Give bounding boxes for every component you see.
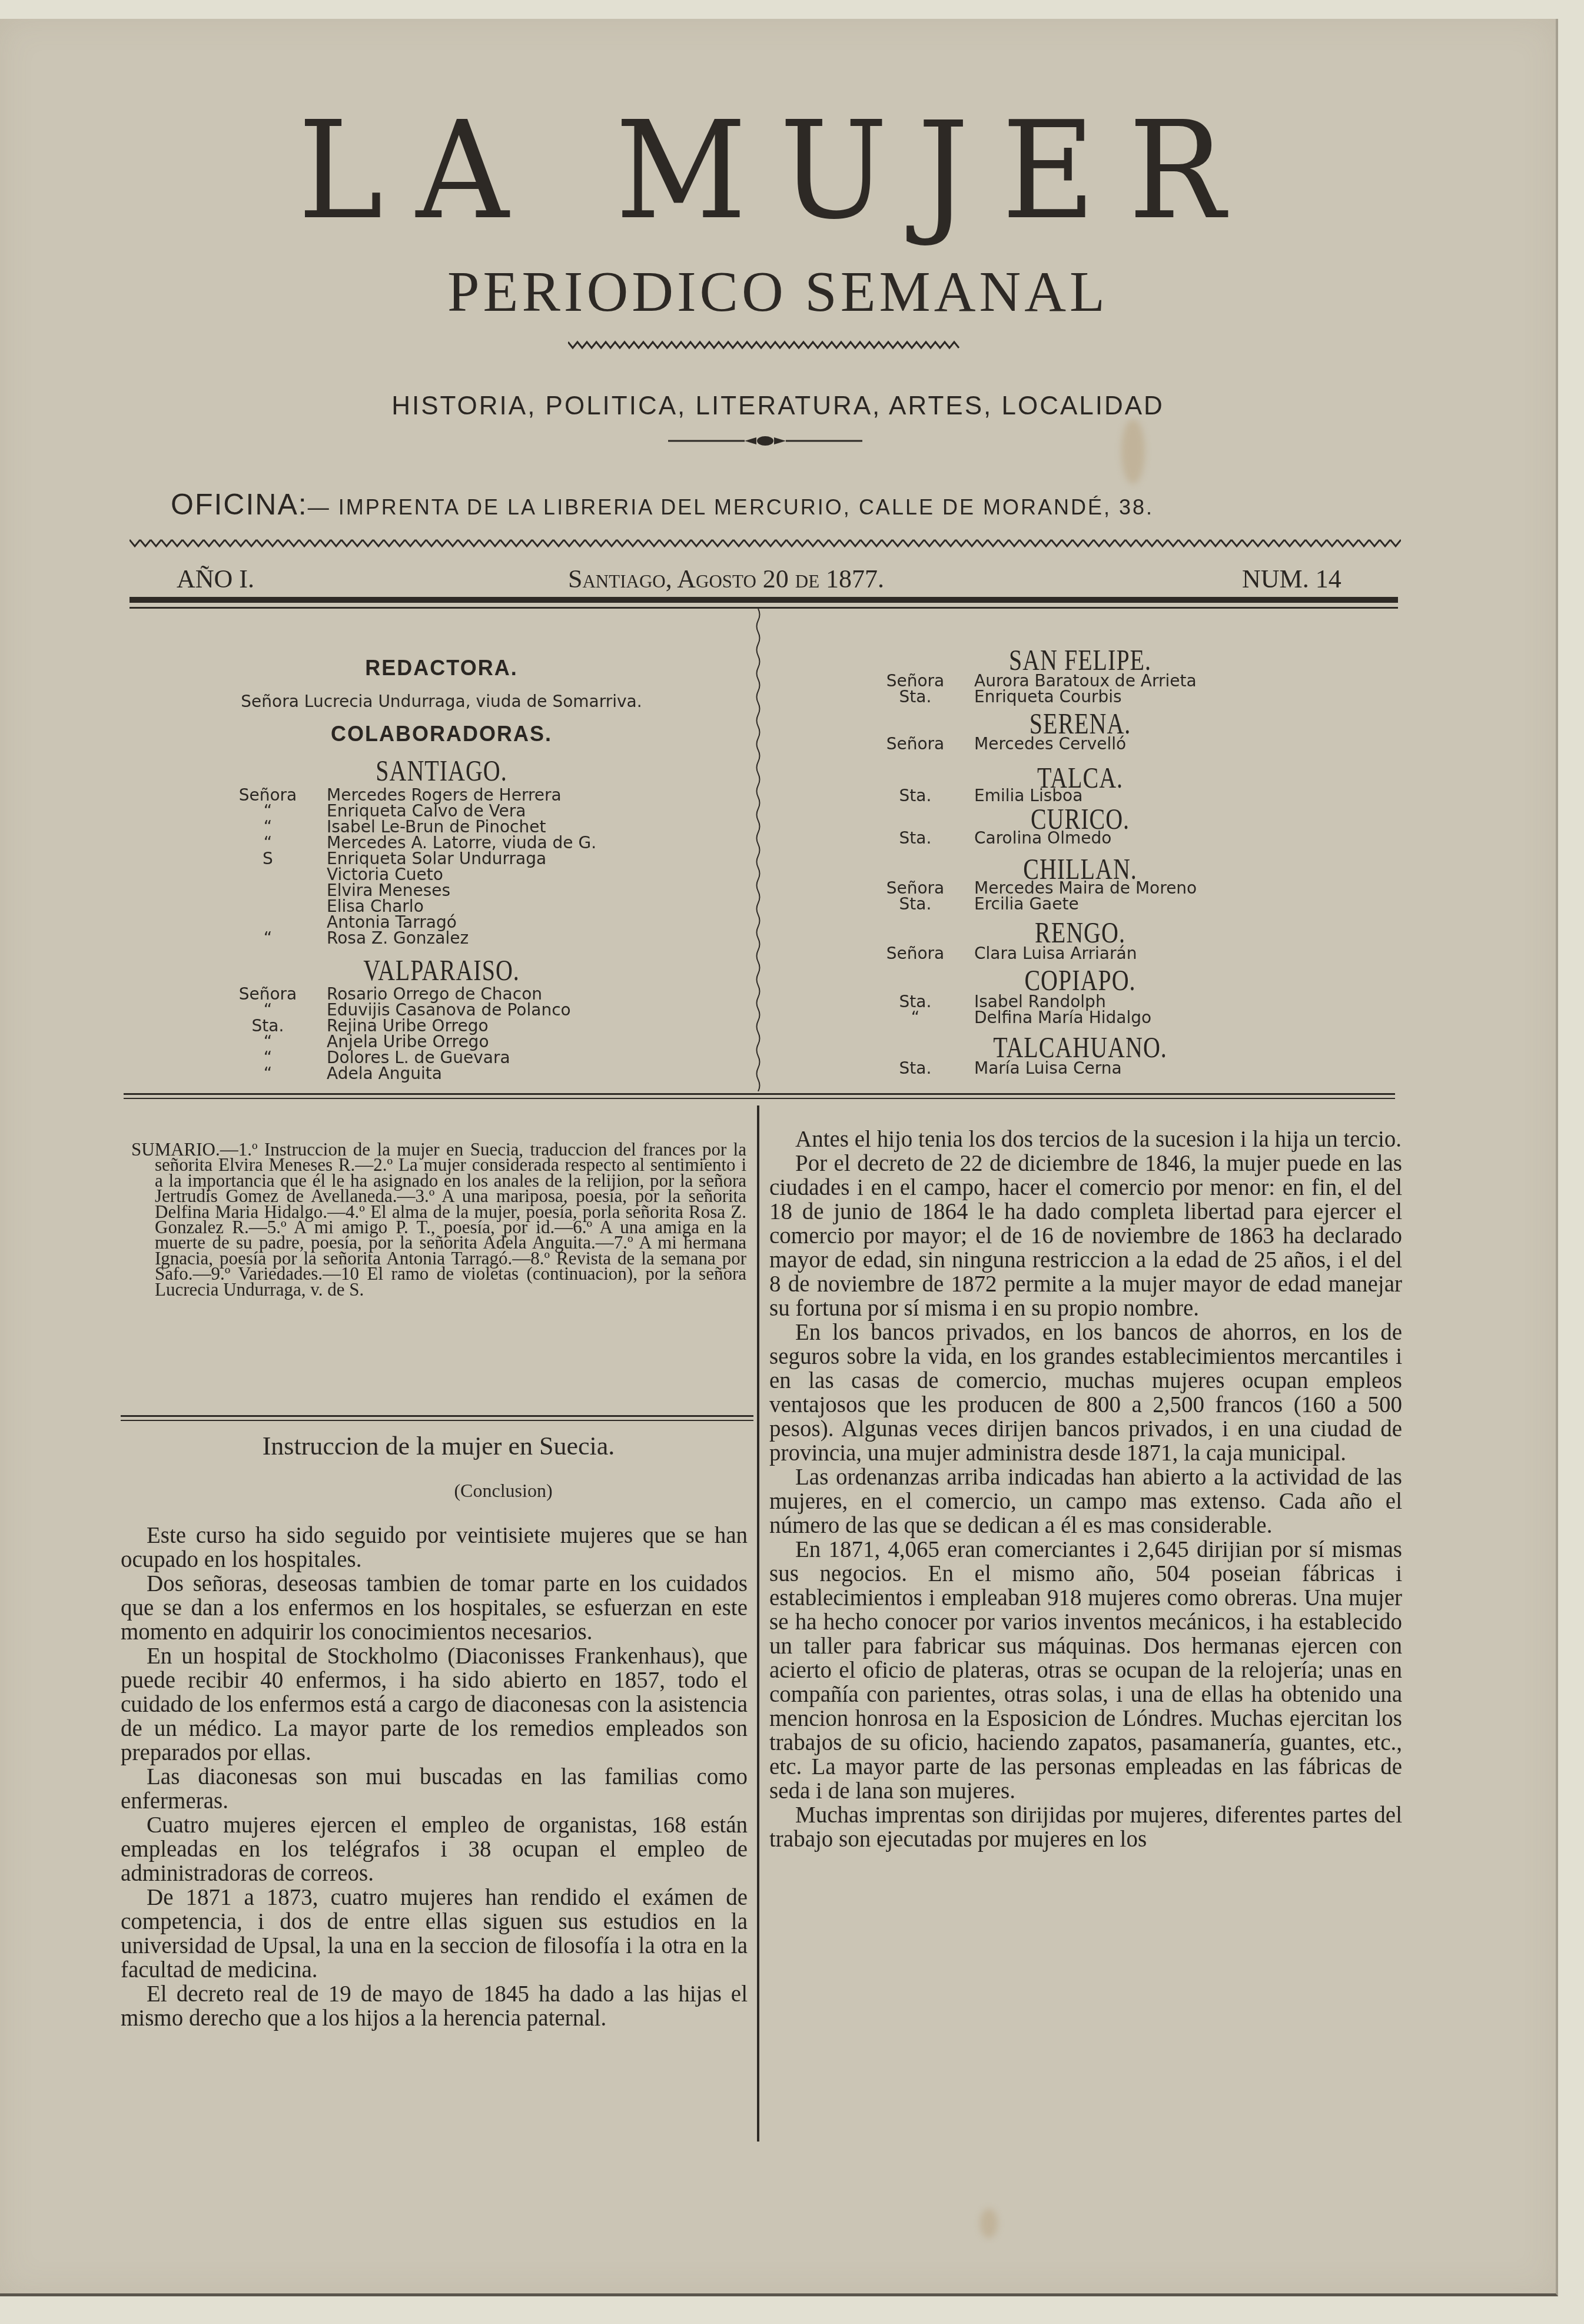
ornament-zigzag-wide	[129, 537, 1401, 550]
roster-row: “Rosa Z. Gonzalez	[233, 930, 703, 946]
article-paragraph: En los bancos privados, en los bancos de…	[769, 1320, 1402, 1465]
article-paragraph: Las diaconesas son mui buscadas en las f…	[121, 1765, 748, 1813]
roster-row: “Enriqueta Calvo de Vera	[233, 803, 703, 819]
masthead-title: LA MUJER	[0, 104, 1556, 239]
column-divider	[757, 1105, 759, 2142]
article-subtitle: (Conclusion)	[268, 1481, 739, 1500]
roster-rengo: SeñoraClara Luisa Arriarán	[880, 945, 1351, 961]
article-paragraph: En 1871, 4,065 eran comerciantes i 2,645…	[769, 1538, 1402, 1803]
city-heading: SANTIAGO.	[129, 756, 753, 786]
place-date: Santiago, Agosto 20 de 1877.	[568, 566, 884, 592]
article-paragraph: Dos señoras, deseosas tambien de tomar p…	[121, 1572, 748, 1644]
masthead-topics: HISTORIA, POLITICA, LITERATURA, ARTES, L…	[0, 393, 1556, 419]
roster-row: Sta.María Luisa Cerna	[880, 1060, 1351, 1076]
roster-row: “Delfina María Hidalgo	[880, 1010, 1351, 1025]
roster-row: “Isabel Le-Brun de Pinochet	[233, 819, 703, 835]
roster-valparaiso: SeñoraRosario Orrego de Chacon “Eduvijis…	[233, 986, 703, 1081]
roster-curico: Sta.Carolina Olmedo	[880, 830, 1351, 846]
editor-name: Señora Lucrecia Undurraga, viuda de Soma…	[129, 692, 753, 711]
roster-row: SeñoraMercedes Rogers de Herrera	[233, 787, 703, 803]
article-paragraph: En un hospital de Stockholmo (Diaconisse…	[121, 1644, 748, 1765]
roster-row: “Anjela Uribe Orrego	[233, 1034, 703, 1050]
article-title: Instruccion de la mujer en Suecia.	[121, 1433, 756, 1459]
roster-row: Elisa Charlo	[233, 898, 703, 914]
roster-row: SeñoraMercedes Cervelló	[880, 736, 1351, 752]
roster-row: Victoria Cueto	[233, 866, 703, 882]
masthead-subtitle: PERIODICO SEMANAL	[0, 263, 1556, 321]
roster-row: Sta.Isabel Randolph	[880, 994, 1351, 1010]
rule-summary-2	[121, 1420, 753, 1421]
ornament-divider	[668, 434, 862, 450]
roster-row: SEnriqueta Solar Undurraga	[233, 851, 703, 866]
roster-row: “Eduvijis Casanova de Polanco	[233, 1002, 703, 1018]
issue-number: NUM. 14	[1242, 566, 1341, 592]
roster-row: “Adela Anguita	[233, 1065, 703, 1081]
roster-row: “Mercedes A. Latorre, viuda de G.	[233, 835, 703, 851]
dateline: AÑO I. Santiago, Agosto 20 de 1877. NUM.…	[177, 566, 1354, 602]
roster-row: “Dolores L. de Guevara	[233, 1050, 703, 1065]
rule-staff-bottom-1	[124, 1093, 1395, 1095]
roster-row: Elvira Meneses	[233, 882, 703, 898]
rule-thin	[129, 607, 1398, 609]
ornament-zigzag-small	[568, 340, 962, 351]
roster-row: SeñoraMercedes Maira de Moreno	[880, 880, 1351, 896]
summary-text: SUMARIO.—1.º Instruccion de la mujer en …	[131, 1142, 746, 1297]
article-paragraph: Por el decreto de 22 de diciembre de 184…	[769, 1151, 1402, 1320]
article-left-column: Este curso ha sido seguido por veintisie…	[121, 1523, 748, 2030]
newspaper-page: LA MUJER PERIODICO SEMANAL HISTORIA, POL…	[0, 19, 1558, 2296]
city-heading: COPIAPO.	[765, 966, 1395, 995]
article-paragraph: Muchas imprentas son dirijidas por mujer…	[769, 1803, 1402, 1851]
roster-row: Sta.Enriqueta Courbis	[880, 689, 1351, 705]
office-address: — IMPRENTA DE LA LIBRERIA DEL MERCURIO, …	[308, 495, 1154, 519]
collaborators-heading: COLABORADORAS.	[129, 723, 753, 745]
article-paragraph: Antes el hijo tenia los dos tercios de l…	[769, 1127, 1402, 1151]
roster-san-felipe: SeñoraAurora Baratoux de Arrieta Sta.Enr…	[880, 673, 1351, 705]
year-label: AÑO I.	[177, 566, 254, 592]
roster-row: Sta.Carolina Olmedo	[880, 830, 1351, 846]
roster-serena: SeñoraMercedes Cervelló	[880, 736, 1351, 752]
rule-summary-1	[121, 1415, 753, 1417]
roster-row: SeñoraClara Luisa Arriarán	[880, 945, 1351, 961]
roster-row: Sta.Ercilia Gaete	[880, 896, 1351, 912]
roster-row: Sta.Rejina Uribe Orrego	[233, 1018, 703, 1034]
roster-copiapo: Sta.Isabel Randolph “Delfina María Hidal…	[880, 994, 1351, 1025]
rule-staff-bottom-2	[124, 1098, 1395, 1099]
roster-talcahuano: Sta.María Luisa Cerna	[880, 1060, 1351, 1076]
office-label: OFICINA:	[171, 488, 308, 521]
roster-row: Antonia Tarragó	[233, 914, 703, 930]
article-paragraph: Cuatro mujeres ejercen el empleo de orga…	[121, 1813, 748, 1885]
roster-row: Sta.Emilia Lisboa	[880, 788, 1351, 804]
roster-chillan: SeñoraMercedes Maira de Moreno Sta.Ercil…	[880, 880, 1351, 912]
city-heading: VALPARAISO.	[129, 956, 753, 985]
roster-row: SeñoraRosario Orrego de Chacon	[233, 986, 703, 1002]
office-line: OFICINA:— IMPRENTA DE LA LIBRERIA DEL ME…	[171, 490, 1407, 519]
editor-heading: REDACTORA.	[129, 658, 753, 679]
summary-block: SUMARIO.—1.º Instruccion de la mujer en …	[131, 1142, 746, 1297]
article-paragraph: Este curso ha sido seguido por veintisie…	[121, 1523, 748, 1572]
paper-stain	[1121, 419, 1145, 484]
roster-santiago: SeñoraMercedes Rogers de Herrera “Enriqu…	[233, 787, 703, 946]
article-right-column: Antes el hijo tenia los dos tercios de l…	[769, 1127, 1402, 1851]
roster-talca: Sta.Emilia Lisboa	[880, 788, 1351, 804]
article-paragraph: Las ordenanzas arriba indicadas han abie…	[769, 1465, 1402, 1538]
column-divider-wavy	[755, 609, 762, 1094]
article-paragraph: De 1871 a 1873, cuatro mujeres han rendi…	[121, 1885, 748, 1982]
rule-thick	[129, 597, 1398, 603]
roster-row: SeñoraAurora Baratoux de Arrieta	[880, 673, 1351, 689]
article-paragraph: El decreto real de 19 de mayo de 1845 ha…	[121, 1982, 748, 2030]
paper-stain	[980, 2209, 998, 2238]
